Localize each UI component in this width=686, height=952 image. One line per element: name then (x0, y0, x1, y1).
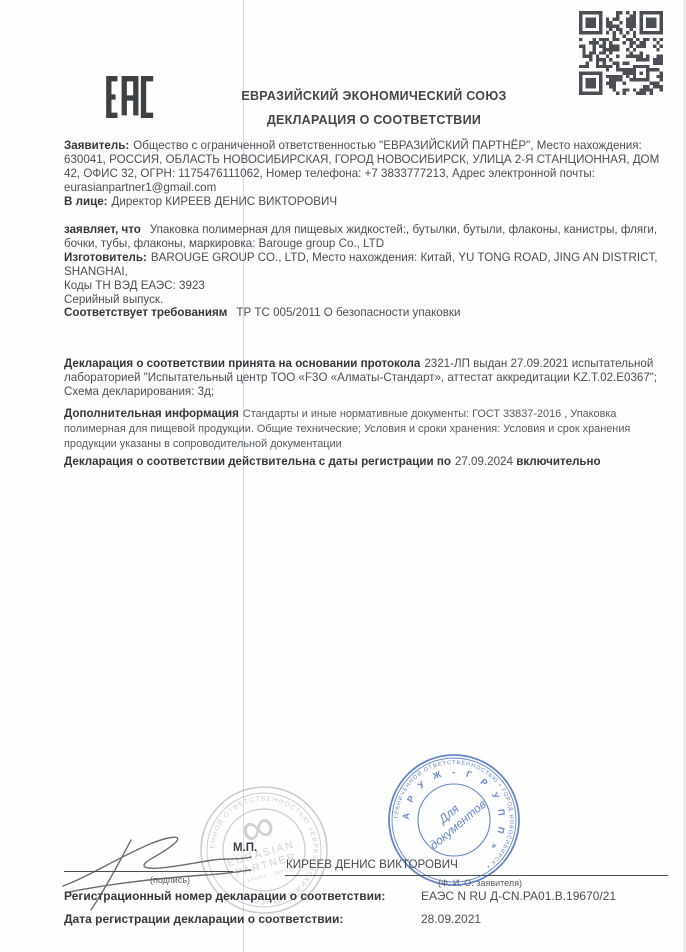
applicant-details: Общество с ограниченной ответственностью… (64, 139, 659, 194)
blue-stamp-center-line2: документов (427, 797, 489, 852)
product-description: Упаковка полимерная для пищевых жидкосте… (64, 223, 657, 250)
reg-date-label: Дата регистрации декларации о соответств… (64, 912, 343, 926)
union-title: ЕВРАЗИЙСКИЙ ЭКОНОМИЧЕСКИЙ СОЮЗ (114, 89, 634, 103)
reg-number-value: ЕАЭС N RU Д-CN.РА01.В.19670/21 (421, 889, 616, 903)
validity-suffix: включительно (516, 455, 600, 468)
additional-section: Дополнительная информацияСтандарты и ины… (64, 407, 666, 452)
signer-name: КИРЕЕВ ДЕНИС ВИКТОРОВИЧ (286, 858, 458, 871)
signer-name-line (285, 875, 668, 876)
basis-paragraph: Декларация о соответствии принята на осн… (64, 357, 666, 399)
additional-label: Дополнительная информация (64, 407, 239, 420)
applicant-paragraph: Заявитель:Общество с ограниченной ответс… (64, 139, 666, 195)
requirements-line: Соответствует требованиямТР ТС 005/2011 … (64, 306, 666, 320)
requirements-value: ТР ТС 005/2011 О безопасности упаковки (236, 306, 460, 319)
release-type-line: Серийный выпуск. (64, 293, 666, 307)
person-label: В лице: (64, 195, 108, 208)
reg-date-value: 28.09.2021 (421, 912, 481, 926)
manufacturer-paragraph: Изготовитель:BAROUGE GROUP CO., LTD, Мес… (64, 251, 666, 279)
validity-label: Декларация о соответствии действительна … (64, 455, 451, 468)
additional-paragraph: Дополнительная информацияСтандарты и ины… (64, 407, 666, 452)
product-paragraph: заявляет, чтоУпаковка полимерная для пищ… (64, 223, 666, 251)
registration-number-row: Регистрационный номер декларации о соотв… (64, 889, 385, 903)
qr-code (579, 11, 663, 95)
person-value: Директор КИРЕЕВ ДЕНИС ВИКТОРОВИЧ (112, 195, 338, 208)
validity-paragraph: Декларация о соответствии действительна … (64, 455, 610, 469)
validity-section: Декларация о соответствии действительна … (64, 455, 610, 469)
basis-section: Декларация о соответствии принята на осн… (64, 357, 666, 399)
registration-date-row: Дата регистрации декларации о соответств… (64, 912, 343, 926)
applicant-label: Заявитель: (64, 139, 129, 152)
manufacturer-label: Изготовитель: (64, 251, 147, 264)
signature-caption: (подпись) (100, 875, 240, 885)
basis-label: Декларация о соответствии принята на осн… (64, 357, 420, 370)
manufacturer-value: BAROUGE GROUP CO., LTD, Место нахождения… (64, 251, 658, 278)
applicant-person-line: В лице:Директор КИРЕЕВ ДЕНИС ВИКТОРОВИЧ (64, 195, 666, 209)
declares-label: заявляет, что (64, 223, 141, 236)
validity-date: 27.09.2024 (455, 455, 513, 468)
reg-number-label: Регистрационный номер декларации о соотв… (64, 889, 385, 903)
tnved-line: Коды ТН ВЭД ЕАЭС: 3923 (64, 279, 666, 293)
mp-label: М.П. (233, 842, 257, 854)
applicant-section: Заявитель:Общество с ограниченной ответс… (64, 139, 666, 209)
doc-title: ДЕКЛАРАЦИЯ О СООТВЕТСТВИИ (114, 113, 634, 127)
signature-line (64, 871, 233, 872)
declaration-section: заявляет, чтоУпаковка полимерная для пищ… (64, 223, 666, 320)
declaration-document: ЕВРАЗИЙСКИЙ ЭКОНОМИЧЕСКИЙ СОЮЗ ДЕКЛАРАЦИ… (0, 0, 686, 952)
signer-name-caption: (Ф. И. О. заявителя) (380, 878, 580, 888)
requirements-label: Соответствует требованиям (64, 306, 227, 319)
